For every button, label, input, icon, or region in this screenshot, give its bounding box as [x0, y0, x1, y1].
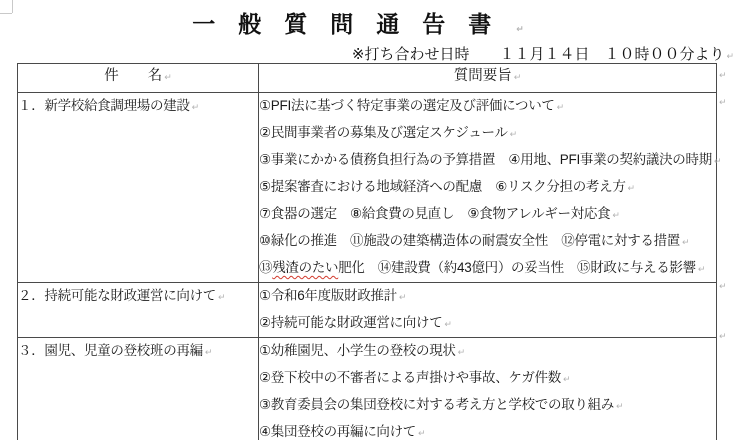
subject-cell: ３．園児、児童の登校班の再編↵ — [18, 338, 259, 440]
table-row: ２．持続可能な財政運営に向けて↵ ①令和6年度版財政推計↵ ②持続可能な財政運営… — [18, 283, 717, 338]
question-item: ③教育委員会の集団登校に対する考え方と学校での取り組み↵ — [259, 392, 716, 419]
paragraph-mark-icon: ↵ — [444, 319, 452, 329]
page-title-text: 一般質問通告書 — [192, 11, 514, 37]
question-item: ⑤提案審査における地域経済への配慮 ⑥リスク分担の考え方↵ — [259, 174, 716, 201]
column-header-subject: 件 名↵ — [18, 64, 259, 93]
row-end-mark-icon: ↵ — [719, 331, 727, 342]
column-header-summary: 質問要旨↵ — [259, 64, 717, 93]
question-item: ⑬残渣のたい肥化 ⑭建設費（約43億円）の妥当性 ⑮財政に与える影響↵ — [259, 255, 716, 282]
question-item: ③事業にかかる債務負担行為の予算措置 ④用地、PFI事業の契約議決の時期↵ — [259, 147, 716, 174]
paragraph-mark-icon: ↵ — [698, 264, 706, 274]
paragraph-mark-icon: ↵ — [510, 129, 518, 139]
page-title: 一般質問通告書↵ — [0, 6, 728, 39]
paragraph-mark-icon: ↵ — [418, 428, 426, 438]
meeting-note-text: ※打ち合わせ日時 １１月１４日 １０時００分より — [352, 46, 725, 63]
paragraph-mark-icon: ↵ — [563, 374, 571, 384]
paragraph-mark-icon: ↵ — [714, 156, 722, 166]
paragraph-mark-icon: ↵ — [458, 347, 466, 357]
paragraph-mark-icon: ↵ — [682, 237, 690, 247]
paragraph-mark-icon: ↵ — [557, 102, 565, 112]
table-row: ３．園児、児童の登校班の再編↵ ①幼稚園児、小学生の登校の現状↵ ②登下校中の不… — [18, 338, 717, 440]
subject-cell: １．新学校給食調理場の建設↵ — [18, 93, 259, 283]
paragraph-mark-icon: ↵ — [164, 72, 172, 82]
paragraph-mark-icon: ↵ — [218, 292, 226, 302]
paragraph-mark-icon: ↵ — [514, 72, 522, 82]
question-item: ②持続可能な財政運営に向けて↵ — [259, 310, 716, 337]
question-item: ⑦食器の選定 ⑧給食費の見直し ⑨食物アレルギー対応食↵ — [259, 201, 716, 228]
summary-cell: ①幼稚園児、小学生の登校の現状↵ ②登下校中の不審者による声掛けや事故、ケガ件数… — [259, 338, 717, 440]
paragraph-mark-icon: ↵ — [612, 210, 620, 220]
question-item: ⑩緑化の推進 ⑪施設の建築構造体の耐震安全性 ⑫停電に対する措置↵ — [259, 228, 716, 255]
spellcheck-underlined-text: 残渣のたい — [272, 260, 338, 275]
subject-text: ２．持続可能な財政運営に向けて↵ — [18, 283, 258, 310]
question-table: 件 名↵ 質問要旨↵ １．新学校給食調理場の建設↵ ①PFI法に基づく特定事業の… — [17, 63, 717, 440]
meeting-note: ※打ち合わせ日時 １１月１４日 １０時００分より↵ — [352, 43, 734, 64]
paragraph-mark-icon: ↵ — [726, 51, 734, 61]
question-item: ①令和6年度版財政推計↵ — [259, 283, 716, 310]
paragraph-mark-icon: ↵ — [628, 183, 636, 193]
summary-cell: ①令和6年度版財政推計↵ ②持続可能な財政運営に向けて↵ — [259, 283, 717, 338]
question-item: ①幼稚園児、小学生の登校の現状↵ — [259, 338, 716, 365]
summary-cell: ①PFI法に基づく特定事業の選定及び評価について↵ ②民間事業者の募集及び選定ス… — [259, 93, 717, 283]
question-item: ②民間事業者の募集及び選定スケジュール↵ — [259, 120, 716, 147]
question-item: ①PFI法に基づく特定事業の選定及び評価について↵ — [259, 93, 716, 120]
paragraph-mark-icon: ↵ — [516, 24, 524, 34]
question-item: ④集団登校の再編に向けて↵ — [259, 419, 716, 440]
subject-text: １．新学校給食調理場の建設↵ — [18, 93, 258, 120]
paragraph-mark-icon: ↵ — [399, 292, 407, 302]
row-end-mark-icon: ↵ — [719, 281, 727, 292]
paragraph-mark-icon: ↵ — [205, 347, 213, 357]
table-row: １．新学校給食調理場の建設↵ ①PFI法に基づく特定事業の選定及び評価について↵… — [18, 93, 717, 283]
row-end-mark-icon: ↵ — [719, 70, 727, 81]
subject-cell: ２．持続可能な財政運営に向けて↵ — [18, 283, 259, 338]
table-header-row: 件 名↵ 質問要旨↵ — [18, 64, 717, 93]
subject-text: ３．園児、児童の登校班の再編↵ — [18, 338, 258, 365]
paragraph-mark-icon: ↵ — [192, 102, 200, 112]
row-end-mark-icon: ↵ — [719, 97, 727, 108]
question-item: ②登下校中の不審者による声掛けや事故、ケガ件数↵ — [259, 365, 716, 392]
paragraph-mark-icon: ↵ — [616, 401, 624, 411]
